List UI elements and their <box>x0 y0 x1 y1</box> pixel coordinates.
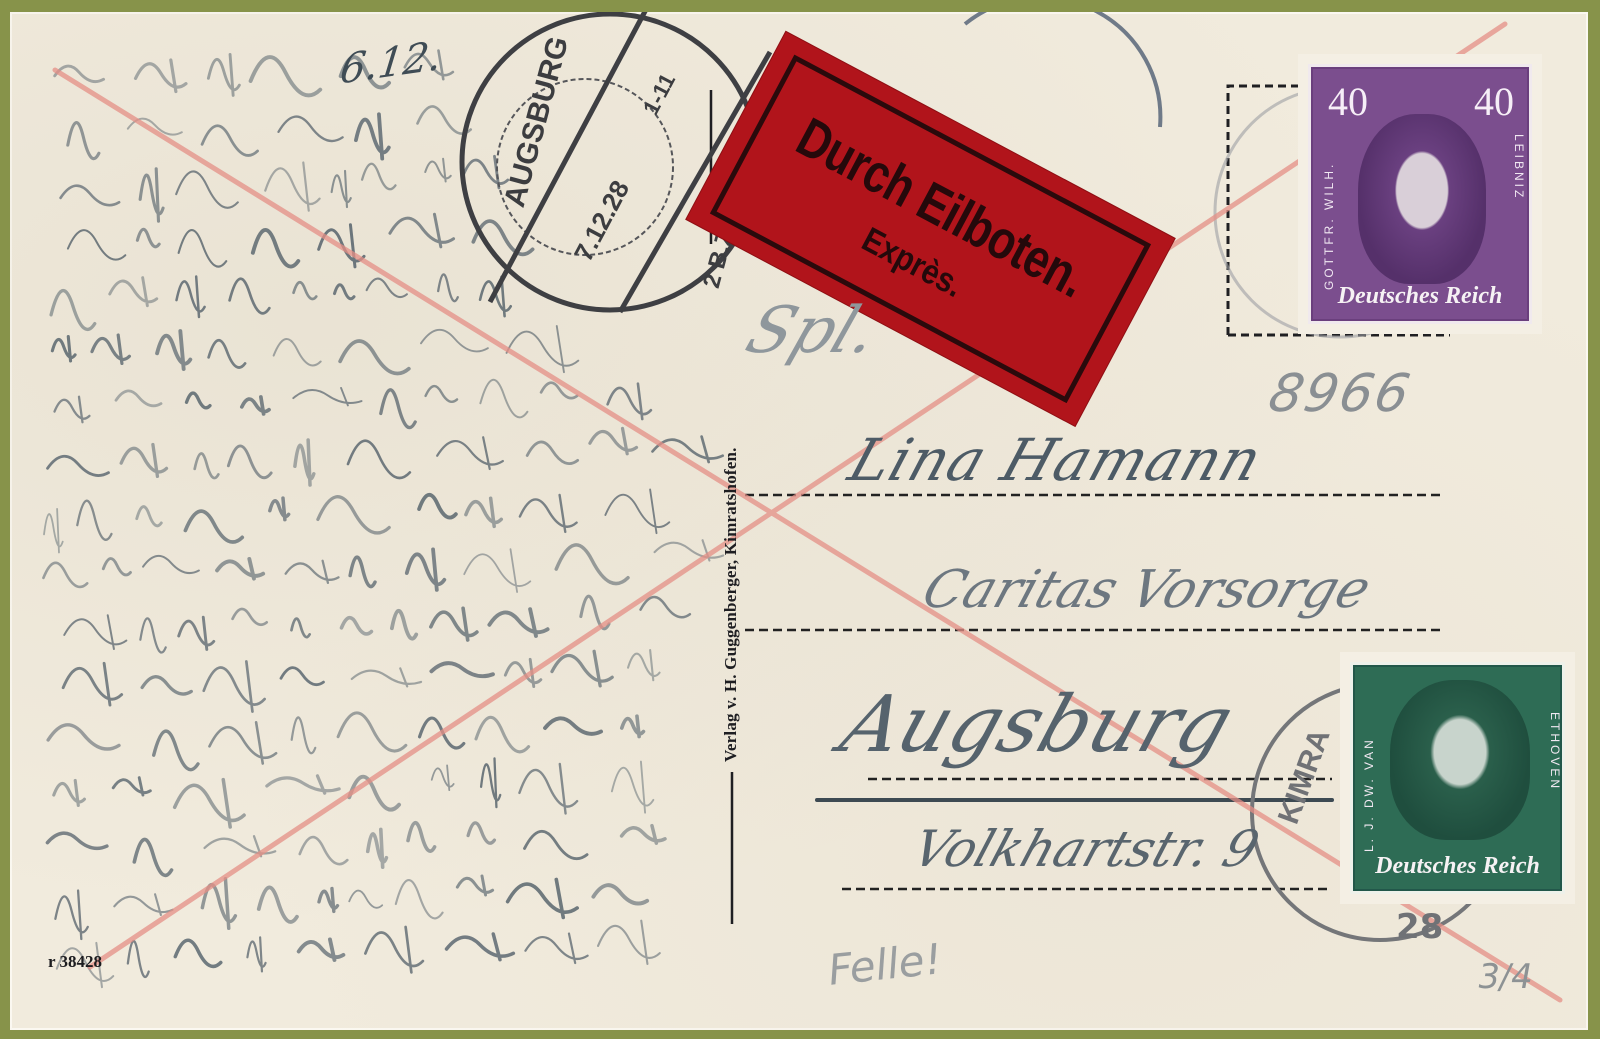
stamp-subject-right: LEIBNIZ <box>1512 134 1526 200</box>
stamp-subject-left: GOTTFR. WILH. <box>1322 162 1336 290</box>
stamp-subject-right: ETHOVEN <box>1548 712 1562 791</box>
address-city: Augsburg <box>830 680 1243 770</box>
stamp-country: Deutsches Reich <box>1308 283 1532 310</box>
postcard: ★ AUGSBURG 7.12.28 1-11 2 B.Z. KIMRA 28 … <box>10 12 1588 1030</box>
publisher-imprint: Verlag v. H. Guggenberger, Kimratshofen. <box>721 447 741 762</box>
address-recipient: Lina Hamann <box>841 426 1271 494</box>
stamp-country: Deutsches Reich <box>1350 853 1565 880</box>
stamp-subject-left: L. J. DW. VAN <box>1362 737 1376 852</box>
stamp-beethoven: L. J. DW. VAN ETHOVEN Deutsches Reich <box>1340 652 1575 904</box>
address-street: Volkhartstr. 9 <box>906 820 1267 878</box>
address-organization: Caritas Vorsorge <box>915 560 1378 620</box>
portrait-leibniz <box>1358 114 1486 284</box>
registration-number: 8966 <box>1264 364 1417 424</box>
stamp-leibniz: 40 40 GOTTFR. WILH. LEIBNIZ Deutsches Re… <box>1298 54 1542 334</box>
note-fraction: 3/4 <box>1474 957 1536 997</box>
stamp-value-right: 40 <box>1474 78 1514 125</box>
postmark-kimratshofen-year: 28 <box>1396 907 1443 947</box>
catalog-number: r 38428 <box>48 952 102 972</box>
stamp-value-left: 40 <box>1328 78 1368 125</box>
portrait-beethoven <box>1390 680 1530 840</box>
